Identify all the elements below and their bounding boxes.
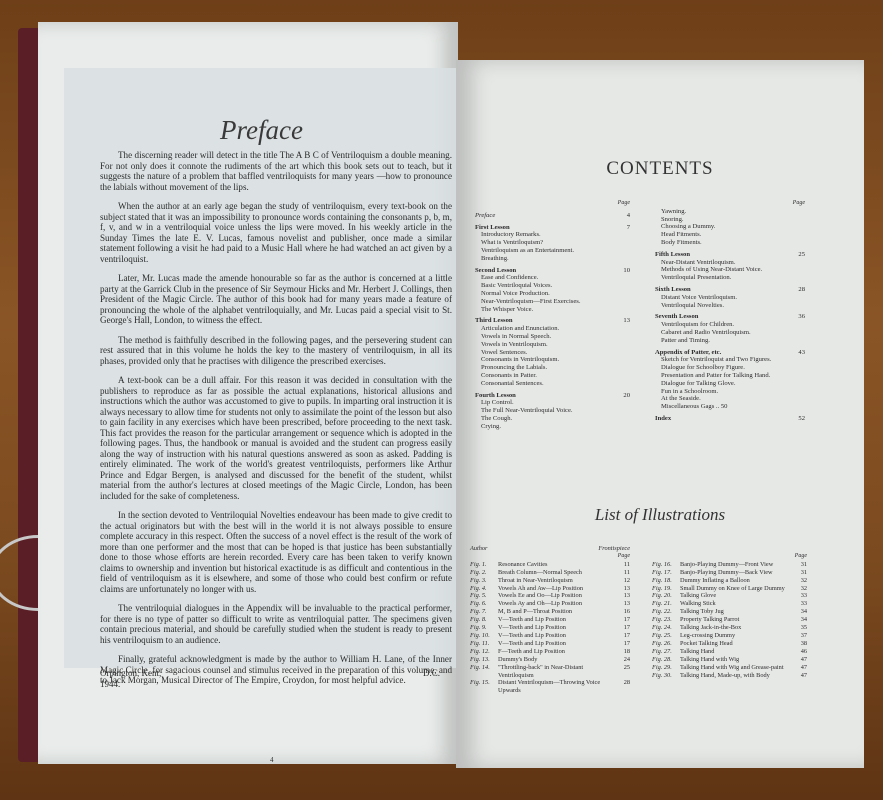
toc-subsection: Crying. bbox=[475, 423, 630, 431]
toc-subsection: Choosing a Dummy. bbox=[655, 223, 805, 231]
figure-row: Fig. 15.Distant Ventriloquism—Throwing V… bbox=[470, 679, 630, 695]
toc-subsection: Consonantal Sentences. bbox=[475, 380, 630, 388]
figure-page: 17 bbox=[616, 632, 630, 640]
figure-label: V—Teeth and Lip Position bbox=[498, 616, 616, 624]
figure-page: 25 bbox=[616, 664, 630, 680]
toc-subsection: Ventriloquial Novelties. bbox=[655, 302, 805, 310]
toc-subsection: Fun in a Schoolroom. bbox=[655, 388, 805, 396]
figure-label: Talking Hand, Made-up, with Body bbox=[680, 672, 793, 680]
figure-label: V—Teeth and Lip Position bbox=[498, 632, 616, 640]
toc-left-column: PagePreface4First Lesson7Introductory Re… bbox=[475, 200, 630, 431]
preface-paragraph: The method is faithfully described in th… bbox=[100, 335, 452, 367]
toc-subsection: Near-Ventriloquism—First Exercises. bbox=[475, 298, 630, 306]
toc-section-page: 20 bbox=[623, 392, 630, 400]
figure-row: Fig. 11.V—Teeth and Lip Position17 bbox=[470, 640, 630, 648]
figure-number: Fig. 17. bbox=[652, 569, 680, 577]
toc-subsection: Near-Distant Ventriloquism. bbox=[655, 259, 805, 267]
toc-section: Second Lesson10 bbox=[475, 267, 630, 275]
figure-page: 47 bbox=[793, 664, 807, 672]
figure-number: Fig. 20. bbox=[652, 592, 680, 600]
figure-label: Pocket Talking Head bbox=[680, 640, 793, 648]
figure-label: Distant Ventriloquism—Throwing Voice Upw… bbox=[498, 679, 616, 695]
figure-label: M, B and P—Throat Position bbox=[498, 608, 616, 616]
figure-label: Vowels Ee and Oo—Lip Position bbox=[498, 592, 616, 600]
toc-section-title: Third Lesson bbox=[475, 317, 513, 325]
toc-subsection: Vowel Sentences. bbox=[475, 349, 630, 357]
toc-section: Index52 bbox=[655, 415, 805, 423]
figure-page: 24 bbox=[616, 656, 630, 664]
figure-row: Fig. 21.Walking Stick33 bbox=[652, 600, 807, 608]
page-column-header: Page bbox=[475, 200, 630, 208]
toc-section-title: Appendix of Patter, etc. bbox=[655, 349, 721, 357]
illustrations-right-column: PageFig. 16.Banjo-Playing Dummy—Front Vi… bbox=[652, 545, 807, 679]
toc-subsection: The Cough. bbox=[475, 415, 630, 423]
toc-subsection: Introductory Remarks. bbox=[475, 231, 630, 239]
figure-page: 47 bbox=[793, 672, 807, 680]
figure-page: 33 bbox=[793, 600, 807, 608]
year: 1944. bbox=[100, 679, 440, 690]
figure-row: Fig. 12.F—Teeth and Lip Position18 bbox=[470, 648, 630, 656]
toc-section: Fourth Lesson20 bbox=[475, 392, 630, 400]
toc-subsection: Breathing. bbox=[475, 255, 630, 263]
toc-subsection: Yawning. bbox=[655, 208, 805, 216]
toc-subsection: Vowels in Normal Speech. bbox=[475, 333, 630, 341]
figure-row: Fig. 4.Vowels Ah and Aw—Lip Position13 bbox=[470, 585, 630, 593]
figure-row: Fig. 28.Talking Hand with Wig47 bbox=[652, 656, 807, 664]
figure-number: Fig. 24. bbox=[652, 624, 680, 632]
toc-subsection: Sketch for Ventriloquist and Two Figures… bbox=[655, 356, 805, 364]
toc-section-title: First Lesson bbox=[475, 224, 510, 232]
figure-row: Fig. 2.Breath Column—Normal Speech11 bbox=[470, 569, 630, 577]
figure-number: Fig. 3. bbox=[470, 577, 498, 585]
figure-page: 17 bbox=[616, 640, 630, 648]
toc-section-page: 4 bbox=[627, 212, 630, 220]
figure-page: 31 bbox=[793, 569, 807, 577]
figure-page: 13 bbox=[616, 600, 630, 608]
figure-number: Fig. 9. bbox=[470, 624, 498, 632]
toc-section-page: 25 bbox=[798, 251, 805, 259]
figure-number: Fig. 7. bbox=[470, 608, 498, 616]
figure-number: Fig. 27. bbox=[652, 648, 680, 656]
preface-paragraph: The discerning reader will detect in the… bbox=[100, 150, 452, 192]
toc-subsection: Ventriloquial Presentation. bbox=[655, 274, 805, 282]
figure-page: 32 bbox=[793, 585, 807, 593]
figure-label: Vowels Ah and Aw—Lip Position bbox=[498, 585, 616, 593]
preface-paragraph: The ventriloquial dialogues in the Appen… bbox=[100, 603, 452, 645]
figure-label: Small Dummy on Knee of Large Dummy bbox=[680, 585, 793, 593]
figure-number: Fig. 13. bbox=[470, 656, 498, 664]
toc-subsection: Ease and Confidence. bbox=[475, 274, 630, 282]
toc-section-title: Second Lesson bbox=[475, 267, 516, 275]
figure-row: Fig. 24.Talking Jack-in-the-Box35 bbox=[652, 624, 807, 632]
figure-page: 35 bbox=[793, 624, 807, 632]
toc-subsection: The Whisper Voice. bbox=[475, 306, 630, 314]
figure-label: Vowels Ay and Oh—Lip Position bbox=[498, 600, 616, 608]
figure-row: Fig. 1.Resonance Cavities11 bbox=[470, 561, 630, 569]
figure-number: Fig. 1. bbox=[470, 561, 498, 569]
place: Orpington, Kent, bbox=[100, 668, 440, 679]
page-number: 4 bbox=[270, 756, 274, 764]
toc-subsection: Ventriloquism as an Entertainment. bbox=[475, 247, 630, 255]
figure-row: Fig. 3.Throat in Near-Ventriloquism12 bbox=[470, 577, 630, 585]
figure-page: 18 bbox=[616, 648, 630, 656]
figure-number: Fig. 26. bbox=[652, 640, 680, 648]
toc-section: Appendix of Patter, etc.43 bbox=[655, 349, 805, 357]
figure-number: Fig. 18. bbox=[652, 577, 680, 585]
toc-subsection: Distant Voice Ventriloquism. bbox=[655, 294, 805, 302]
figure-page: 11 bbox=[616, 569, 630, 577]
figure-label: Talking Hand with Wig and Grease-paint bbox=[680, 664, 793, 672]
figure-row: Fig. 27.Talking Hand46 bbox=[652, 648, 807, 656]
figure-label: Breath Column—Normal Speech bbox=[498, 569, 616, 577]
figure-label: F—Teeth and Lip Position bbox=[498, 648, 616, 656]
toc-subsection: The Full Near-Ventriloquial Voice. bbox=[475, 407, 630, 415]
toc-subsection: Normal Voice Production. bbox=[475, 290, 630, 298]
toc-section: Seventh Lesson36 bbox=[655, 313, 805, 321]
figure-label: Throat in Near-Ventriloquism bbox=[498, 577, 616, 585]
figure-number: Fig. 8. bbox=[470, 616, 498, 624]
figure-row: Fig. 17.Banjo-Playing Dummy—Back View31 bbox=[652, 569, 807, 577]
toc-right-column: PageYawning.Snoring.Choosing a Dummy.Hea… bbox=[655, 200, 805, 423]
figure-row: Fig. 18.Dummy Inflating a Balloon32 bbox=[652, 577, 807, 585]
toc-subsection: Patter and Timing. bbox=[655, 337, 805, 345]
toc-section-page: 13 bbox=[623, 317, 630, 325]
figure-label: Talking Hand bbox=[680, 648, 793, 656]
preface-paragraph: When the author at an early age began th… bbox=[100, 201, 452, 264]
figure-page: 31 bbox=[793, 561, 807, 569]
figure-page: 13 bbox=[616, 585, 630, 593]
toc-subsection: Head Fitments. bbox=[655, 231, 805, 239]
figure-page: 16 bbox=[616, 608, 630, 616]
toc-section-page: 28 bbox=[798, 286, 805, 294]
preface-signature: Orpington, Kent, 1944. D.C. bbox=[100, 668, 440, 690]
author-page: Frontispiece bbox=[598, 545, 630, 553]
figure-label: Dummy Inflating a Balloon bbox=[680, 577, 793, 585]
figure-page: 37 bbox=[793, 632, 807, 640]
figure-number: Fig. 15. bbox=[470, 679, 498, 695]
figure-row: Fig. 19.Small Dummy on Knee of Large Dum… bbox=[652, 585, 807, 593]
figure-number: Fig. 5. bbox=[470, 592, 498, 600]
figure-label: Dummy's Body bbox=[498, 656, 616, 664]
figure-number: Fig. 6. bbox=[470, 600, 498, 608]
figure-row: Fig. 9.V—Teeth and Lip Position17 bbox=[470, 624, 630, 632]
toc-subsection: What is Ventriloquism? bbox=[475, 239, 630, 247]
figure-row: Fig. 6.Vowels Ay and Oh—Lip Position13 bbox=[470, 600, 630, 608]
page-column-header: Page bbox=[652, 553, 807, 561]
contents-title: CONTENTS bbox=[456, 158, 864, 180]
toc-section-title: Preface bbox=[475, 212, 495, 220]
figure-number: Fig. 10. bbox=[470, 632, 498, 640]
figure-page: 33 bbox=[793, 592, 807, 600]
figure-row: Fig. 13.Dummy's Body24 bbox=[470, 656, 630, 664]
figure-number: Fig. 16. bbox=[652, 561, 680, 569]
toc-subsection: Articulation and Enunciation. bbox=[475, 325, 630, 333]
figure-page: 47 bbox=[793, 656, 807, 664]
figure-row: Fig. 16.Banjo-Playing Dummy—Front View31 bbox=[652, 561, 807, 569]
toc-subsection: Ventriloquism for Children. bbox=[655, 321, 805, 329]
figure-label: Talking Toby Jug bbox=[680, 608, 793, 616]
toc-section-title: Fifth Lesson bbox=[655, 251, 690, 259]
figure-row: Fig. 23.Property Talking Parrot34 bbox=[652, 616, 807, 624]
toc-subsection: Presentation and Patter for Talking Hand… bbox=[655, 372, 805, 380]
figure-page: 11 bbox=[616, 561, 630, 569]
figure-label: Banjo-Playing Dummy—Back View bbox=[680, 569, 793, 577]
page-column-header: Page bbox=[470, 553, 630, 561]
toc-subsection: Consonants in Ventriloquism. bbox=[475, 356, 630, 364]
toc-section: Sixth Lesson28 bbox=[655, 286, 805, 294]
preface-paragraph: In the section devoted to Ventriloquial … bbox=[100, 510, 452, 594]
toc-section-page: 7 bbox=[627, 224, 630, 232]
toc-section: First Lesson7 bbox=[475, 224, 630, 232]
figure-label: Talking Glove bbox=[680, 592, 793, 600]
figure-row: Fig. 26.Pocket Talking Head38 bbox=[652, 640, 807, 648]
illustrations-left-column: AuthorFrontispiecePageFig. 1.Resonance C… bbox=[470, 545, 630, 695]
figure-label: Banjo-Playing Dummy—Front View bbox=[680, 561, 793, 569]
figure-label: Leg-crossing Dummy bbox=[680, 632, 793, 640]
figure-number: Fig. 19. bbox=[652, 585, 680, 593]
preface-paragraph: Later, Mr. Lucas made the amende honoura… bbox=[100, 273, 452, 326]
toc-subsection: Snoring. bbox=[655, 216, 805, 224]
toc-section-title: Index bbox=[655, 415, 671, 423]
figure-page: 13 bbox=[616, 592, 630, 600]
preface-body: The discerning reader will detect in the… bbox=[100, 150, 452, 695]
figure-row: Fig. 8.V—Teeth and Lip Position17 bbox=[470, 616, 630, 624]
figure-number: Fig. 30. bbox=[652, 672, 680, 680]
figure-label: V—Teeth and Lip Position bbox=[498, 640, 616, 648]
preface-title: Preface bbox=[64, 115, 459, 146]
toc-section-page: 10 bbox=[623, 267, 630, 275]
figure-number: Fig. 28. bbox=[652, 656, 680, 664]
toc-section-title: Sixth Lesson bbox=[655, 286, 691, 294]
toc-subsection: Cabaret and Radio Ventriloquism. bbox=[655, 329, 805, 337]
figure-page: 12 bbox=[616, 577, 630, 585]
figure-label: Property Talking Parrot bbox=[680, 616, 793, 624]
preface-paragraph: A text-book can be a dull affair. For th… bbox=[100, 375, 452, 501]
figure-label: Talking Hand with Wig bbox=[680, 656, 793, 664]
figure-number: Fig. 25. bbox=[652, 632, 680, 640]
author-row: AuthorFrontispiece bbox=[470, 545, 630, 553]
toc-section-title: Fourth Lesson bbox=[475, 392, 516, 400]
figure-label: V—Teeth and Lip Position bbox=[498, 624, 616, 632]
page-column-header: Page bbox=[655, 200, 805, 208]
figure-page: 34 bbox=[793, 608, 807, 616]
toc-subsection: Vowels in Ventriloquism. bbox=[475, 341, 630, 349]
figure-page: 46 bbox=[793, 648, 807, 656]
figure-page: 28 bbox=[616, 679, 630, 695]
figure-number: Fig. 14. bbox=[470, 664, 498, 680]
toc-subsection: Miscellaneous Gags .. 50 bbox=[655, 403, 805, 411]
toc-subsection: Dialogue for Schoolboy Figure. bbox=[655, 364, 805, 372]
toc-subsection: At the Seaside. bbox=[655, 395, 805, 403]
figure-number: Fig. 22. bbox=[652, 608, 680, 616]
figure-label: "Throttling-back" in Near-Distant Ventri… bbox=[498, 664, 616, 680]
toc-section-page: 52 bbox=[798, 415, 805, 423]
figure-page: 34 bbox=[793, 616, 807, 624]
illustrations-title: List of Illustrations bbox=[456, 505, 864, 525]
figure-number: Fig. 21. bbox=[652, 600, 680, 608]
figure-page: 17 bbox=[616, 624, 630, 632]
toc-subsection: Pronouncing the Labials. bbox=[475, 364, 630, 372]
toc-subsection: Consonants in Patter. bbox=[475, 372, 630, 380]
figure-number: Fig. 12. bbox=[470, 648, 498, 656]
figure-row: Fig. 7.M, B and P—Throat Position16 bbox=[470, 608, 630, 616]
figure-row: Fig. 20.Talking Glove33 bbox=[652, 592, 807, 600]
figure-row: Fig. 29.Talking Hand with Wig and Grease… bbox=[652, 664, 807, 672]
toc-section: Third Lesson13 bbox=[475, 317, 630, 325]
figure-row: Fig. 10.V—Teeth and Lip Position17 bbox=[470, 632, 630, 640]
initials: D.C. bbox=[423, 668, 440, 679]
figure-number: Fig. 2. bbox=[470, 569, 498, 577]
figure-number: Fig. 29. bbox=[652, 664, 680, 672]
figure-row: Fig. 25.Leg-crossing Dummy37 bbox=[652, 632, 807, 640]
toc-subsection: Lip Control. bbox=[475, 399, 630, 407]
toc-section: Preface4 bbox=[475, 212, 630, 220]
toc-subsection: Dialogue for Talking Glove. bbox=[655, 380, 805, 388]
toc-section: Fifth Lesson25 bbox=[655, 251, 805, 259]
figure-row: Fig. 5.Vowels Ee and Oo—Lip Position13 bbox=[470, 592, 630, 600]
figure-label: Resonance Cavities bbox=[498, 561, 616, 569]
spacer bbox=[652, 545, 807, 553]
figure-label: Talking Jack-in-the-Box bbox=[680, 624, 793, 632]
toc-subsection: Basic Ventriloquial Voices. bbox=[475, 282, 630, 290]
figure-page: 17 bbox=[616, 616, 630, 624]
toc-subsection: Methods of Using Near-Distant Voice. bbox=[655, 266, 805, 274]
figure-page: 32 bbox=[793, 577, 807, 585]
toc-subsection: Body Fitments. bbox=[655, 239, 805, 247]
author-label: Author bbox=[470, 545, 488, 553]
figure-number: Fig. 11. bbox=[470, 640, 498, 648]
figure-number: Fig. 4. bbox=[470, 585, 498, 593]
figure-page: 38 bbox=[793, 640, 807, 648]
toc-section-page: 36 bbox=[798, 313, 805, 321]
figure-row: Fig. 30.Talking Hand, Made-up, with Body… bbox=[652, 672, 807, 680]
toc-section-page: 43 bbox=[798, 349, 805, 357]
figure-row: Fig. 22.Talking Toby Jug34 bbox=[652, 608, 807, 616]
figure-row: Fig. 14."Throttling-back" in Near-Distan… bbox=[470, 664, 630, 680]
figure-number: Fig. 23. bbox=[652, 616, 680, 624]
toc-section-title: Seventh Lesson bbox=[655, 313, 698, 321]
figure-label: Walking Stick bbox=[680, 600, 793, 608]
